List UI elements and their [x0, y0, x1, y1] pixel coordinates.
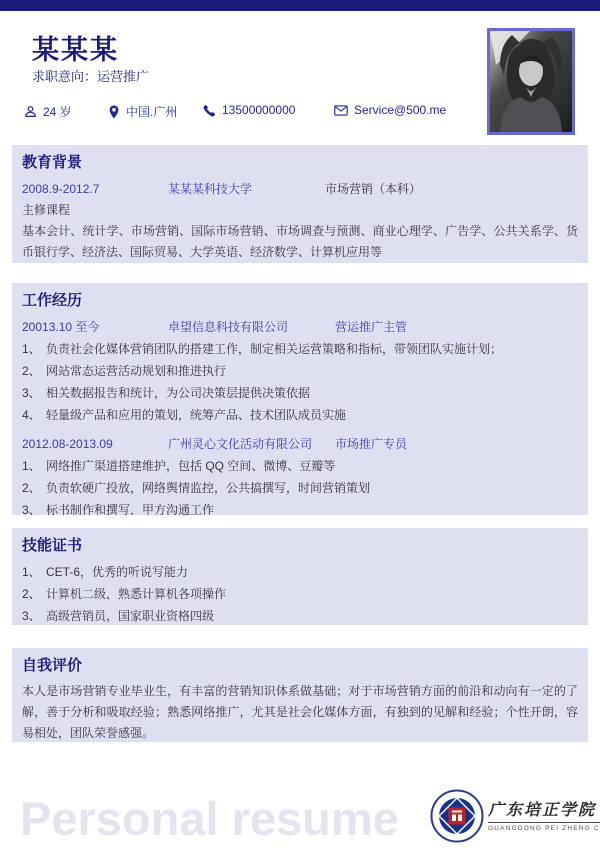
job-duty: 1、 负责社会化媒体营销团队的搭建工作，制定相关运营策略和指标，带领团队实施计划…: [22, 338, 578, 360]
profile-photo: [487, 28, 575, 135]
self-evaluation-text: 本人是市场营销专业毕业生，有丰富的营销知识体系做基础；对于市场营销方面的前沿和动…: [22, 681, 578, 742]
college-name-chinese: 广东培正学院: [488, 801, 600, 821]
job-intention: 求职意向：运营推广: [32, 66, 149, 85]
education-date: 2008.9-2012.7: [22, 178, 168, 200]
job-company: 广州灵心文化活动有限公司: [168, 433, 335, 455]
job-date: 20013.10 至今: [22, 316, 168, 338]
college-name-block: 广东培正学院 GUANGDONG PEI ZHENG COLLEGE: [488, 801, 600, 832]
person-icon: [24, 105, 37, 118]
section-skills: 技能证书 1、 CET-6，优秀的听说写能力 2、 计算机二级，熟悉计算机各项操…: [12, 528, 588, 625]
job-duty: 2、 负责软硬广投放，网络舆情监控，公共搞撰写，时间营销策划: [22, 477, 578, 499]
skill-item: 3、 高级营销员，国家职业资格四级: [22, 605, 578, 625]
personal-resume-watermark: Personal resume: [20, 791, 399, 846]
candidate-name: 某某某: [32, 28, 119, 67]
job-header: 20013.10 至今 卓望信息科技有限公司 营运推广主管: [22, 316, 578, 338]
job-date: 2012.08-2013.09: [22, 433, 168, 455]
section-education: 教育背景 2008.9-2012.7 某某某科技大学 市场营销（本科） 主修课程…: [12, 145, 588, 263]
contact-location: 中国.广州: [108, 103, 177, 120]
job-role: 营运推广主管: [335, 316, 578, 338]
job-duty: 1、 网络推广渠道搭建维护，包括 QQ 空间、微博、豆瓣等: [22, 455, 578, 477]
college-name-english: GUANGDONG PEI ZHENG COLLEGE: [488, 822, 600, 832]
education-major: 市场营销（本科）: [325, 178, 578, 200]
job-duty: 4、 轻量级产品和应用的策划，统筹产品、技术团队成员实施: [22, 404, 578, 426]
job-role: 市场推广专员: [335, 433, 578, 455]
self-evaluation-title: 自我评价: [22, 656, 578, 676]
job-duty: 3、 标书制作和撰写，甲方沟通工作: [22, 499, 578, 515]
phone-icon: [203, 104, 216, 117]
skill-item: 2、 计算机二级，熟悉计算机各项操作: [22, 583, 578, 605]
job-company: 卓望信息科技有限公司: [168, 316, 335, 338]
skill-item: 1、 CET-6，优秀的听说写能力: [22, 561, 578, 583]
contact-email-text: Service@500.me: [354, 103, 446, 117]
job-duty: 2、 网站常态运营活动规划和推进执行: [22, 360, 578, 382]
contact-phone: 13500000000: [203, 103, 295, 117]
contact-email: Service@500.me: [334, 103, 446, 117]
resume-page: 某某某 求职意向：运营推广 24 岁 中国.广州 13500000000 Ser…: [0, 0, 600, 848]
contact-age: 24 岁: [24, 103, 72, 120]
section-work: 工作经历 20013.10 至今 卓望信息科技有限公司 营运推广主管 1、 负责…: [12, 283, 588, 515]
college-logo: 广东培正学院 GUANGDONG PEI ZHENG COLLEGE: [430, 789, 600, 843]
job-duty: 3、 相关数据报告和统计，为公司决策层提供决策依据: [22, 382, 578, 404]
education-entry: 2008.9-2012.7 某某某科技大学 市场营销（本科）: [22, 178, 578, 200]
work-title: 工作经历: [22, 291, 578, 311]
contact-age-text: 24 岁: [43, 103, 72, 120]
contact-phone-text: 13500000000: [222, 103, 295, 117]
courses-list: 基本会计、统计学、市场营销、国际市场营销、市场调查与预测、商业心理学、广告学、公…: [22, 221, 578, 263]
contact-location-text: 中国.广州: [126, 103, 177, 120]
top-accent-bar: [0, 0, 600, 11]
courses-label: 主修课程: [22, 200, 578, 221]
education-title: 教育背景: [22, 153, 578, 173]
education-school: 某某某科技大学: [168, 178, 325, 200]
skills-title: 技能证书: [22, 536, 578, 556]
college-emblem-icon: [430, 789, 484, 843]
email-icon: [334, 105, 348, 116]
location-icon: [108, 105, 120, 119]
job-header: 2012.08-2013.09 广州灵心文化活动有限公司 市场推广专员: [22, 433, 578, 455]
section-self-evaluation: 自我评价 本人是市场营销专业毕业生，有丰富的营销知识体系做基础；对于市场营销方面…: [12, 648, 588, 742]
